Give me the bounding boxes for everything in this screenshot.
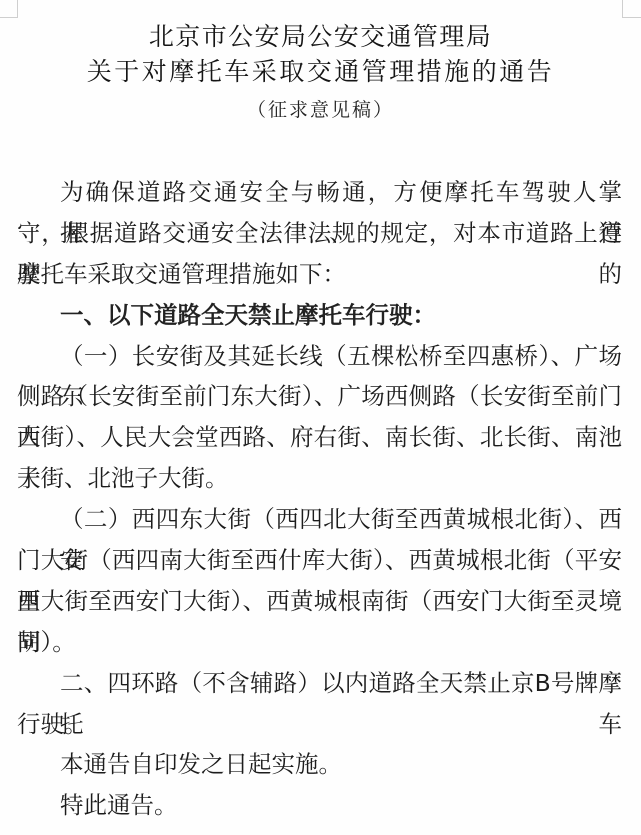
document-title-line-2: 关于对摩托车采取交通管理措施的通告 [0,56,641,88]
intro-paragraph: 为确保道路交通安全与畅通，方便摩托车驾驶人掌握、遵 守，根据道路交通安全法律法规… [17,172,622,295]
text-line: 为确保道路交通安全与畅通，方便摩托车驾驶人掌握、遵 [17,172,622,213]
text-line: 大街）、人民大会堂西路、府右街、南长街、北长街、南池子 [17,417,622,458]
effective-date-statement: 本通告自印发之日起实施。 [17,744,622,785]
text-line: 二、四环路（不含辅路）以内道路全天禁止京B号牌摩托车 [17,663,622,704]
document-title-line-1: 北京市公安局公安交通管理局 [0,21,641,53]
item-1-paragraph: （一）长安街及其延长线（五棵松桥至四惠桥）、广场东 侧路（长安街至前门东大街）、… [17,336,622,500]
section-1-rest: 禁止摩托车行驶： [248,301,436,329]
page-corner-mark-top-right [622,0,641,18]
text-line: 侧路（长安街至前门东大街）、广场西侧路（长安街至前门西 [17,376,622,417]
closing-statement: 特此通告。 [17,785,622,826]
text-line: 守，根据道路交通安全法律法规的规定，对本市道路上行驶的 [17,213,622,254]
section-1-number: 一、 [60,301,107,329]
section-1-emphasis: 以下道路全天 [107,301,248,329]
page-corner-mark-top-left [0,0,18,18]
text-line: 西大街至西安门大街）、西黄城根南街（西安门大街至灵境胡 [17,581,622,622]
section-2-paragraph: 二、四环路（不含辅路）以内道路全天禁止京B号牌摩托车 行驶。 [17,663,622,745]
section-1-heading: 一、以下道路全天禁止摩托车行驶： [17,295,622,336]
document-subtitle: （征求意见稿） [0,97,641,123]
text-line: 门大街（西四南大街至西什库大街）、西黄城根北街（平安里 [17,540,622,581]
document-body: 为确保道路交通安全与畅通，方便摩托车驾驶人掌握、遵 守，根据道路交通安全法律法规… [17,172,622,826]
text-line: （二）西四东大街（西四北大街至西黄城根北街）、西安 [17,499,622,540]
text-line: （一）长安街及其延长线（五棵松桥至四惠桥）、广场东 [17,336,622,377]
text-line: 同）。 [17,622,622,663]
text-line: 大街、北池子大街。 [17,458,622,499]
item-2-paragraph: （二）西四东大街（西四北大街至西黄城根北街）、西安 门大街（西四南大街至西什库大… [17,499,622,663]
